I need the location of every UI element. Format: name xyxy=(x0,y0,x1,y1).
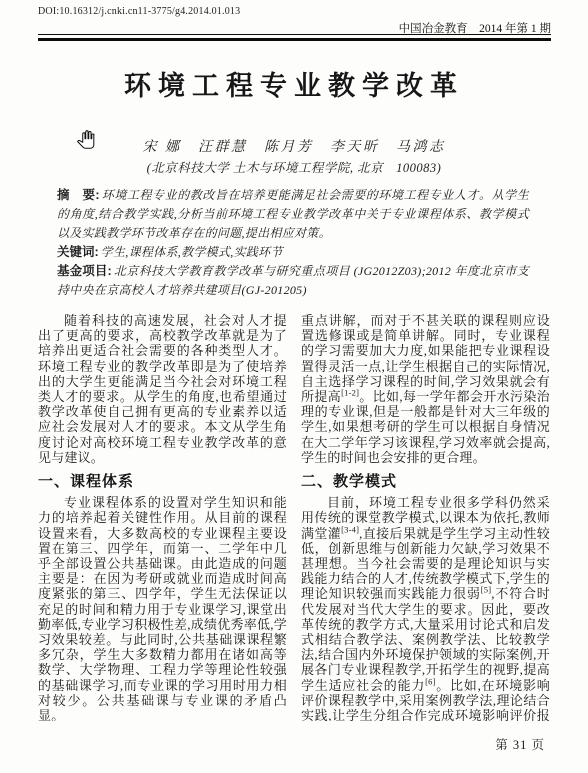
citation-ref: [1-2] xyxy=(341,388,359,398)
document-page: DOI:10.16312/j.cnki.cn11-3775/g4.2014.01… xyxy=(0,0,588,773)
fund-label: 基金项目: xyxy=(57,264,114,278)
affiliation-line: (北京科技大学 土木与环境工程学院, 北京 100083) xyxy=(0,158,588,176)
page-title: 环境工程专业教学改革 xyxy=(0,64,588,103)
fund-paragraph: 基金项目:北京科技大学教育教学改革与研究重点项目 (JG2012Z03);201… xyxy=(57,262,529,300)
body-paragraph: 重点讲解，而对于不甚关联的课程则应设置选修课或是简单讲解。同时，专业课程的学习需… xyxy=(301,313,550,465)
citation-ref: [5] xyxy=(481,585,492,595)
citation-ref: [3-4] xyxy=(341,524,359,534)
header-double-rule xyxy=(38,34,551,41)
page-number: 第 31 页 xyxy=(495,735,545,753)
left-column: 随着科技的高速发展，社会对人才提出了更高的要求，高校教学改革就是为了培养出更适合… xyxy=(38,313,287,721)
keywords-paragraph: 关键词:学生,课程体系,教学模式,实践环节 xyxy=(57,243,529,262)
keywords-text: 学生,课程体系,教学模式,实践环节 xyxy=(101,245,283,259)
keywords-label: 关键词: xyxy=(57,245,101,259)
abstract-text: 环境工程专业的教改旨在培养更能满足社会需要的环境工程专业人才。从学生的角度,结合… xyxy=(57,188,529,240)
doi-text: DOI:10.16312/j.cnki.cn11-3775/g4.2014.01… xyxy=(38,6,240,17)
abstract-paragraph: 摘 要:环境工程专业的教改旨在培养更能满足社会需要的环境工程专业人才。从学生的角… xyxy=(57,186,529,243)
two-column-body: 随着科技的高速发展，社会对人才提出了更高的要求，高校教学改革就是为了培养出更适合… xyxy=(38,313,551,721)
right-column: 重点讲解，而对于不甚关联的课程则应设置选修课或是简单讲解。同时，专业课程的学习需… xyxy=(301,313,550,721)
section-heading: 一、课程体系 xyxy=(38,474,287,489)
body-paragraph: 目前，环境工程专业很多学科仍然采用传统的课堂教学模式,以课本为依托,教师满堂灌[… xyxy=(301,495,550,721)
fund-text: 北京科技大学教育教学改革与研究重点项目 (JG2012Z03);2012 年度北… xyxy=(57,264,529,297)
citation-ref: [6] xyxy=(425,676,436,686)
text-run: 专业课程体系的设置对学生知识和能力的培养起着关键性作用。从目前的课程设置来看，大… xyxy=(38,495,287,721)
text-run: 随着科技的高速发展，社会对人才提出了更高的要求，高校教学改革就是为了培养出更适合… xyxy=(38,313,287,465)
body-paragraph: 专业课程体系的设置对学生知识和能力的培养起着关键性作用。从目前的课程设置来看，大… xyxy=(38,495,287,721)
article-meta-block: 摘 要:环境工程专业的教改旨在培养更能满足社会需要的环境工程专业人才。从学生的角… xyxy=(57,186,529,300)
body-paragraph: 随着科技的高速发展，社会对人才提出了更高的要求，高校教学改革就是为了培养出更适合… xyxy=(38,313,287,465)
section-heading: 二、教学模式 xyxy=(301,474,550,489)
abstract-label: 摘 要: xyxy=(57,188,101,202)
hand-tool-cursor-icon xyxy=(76,129,95,150)
